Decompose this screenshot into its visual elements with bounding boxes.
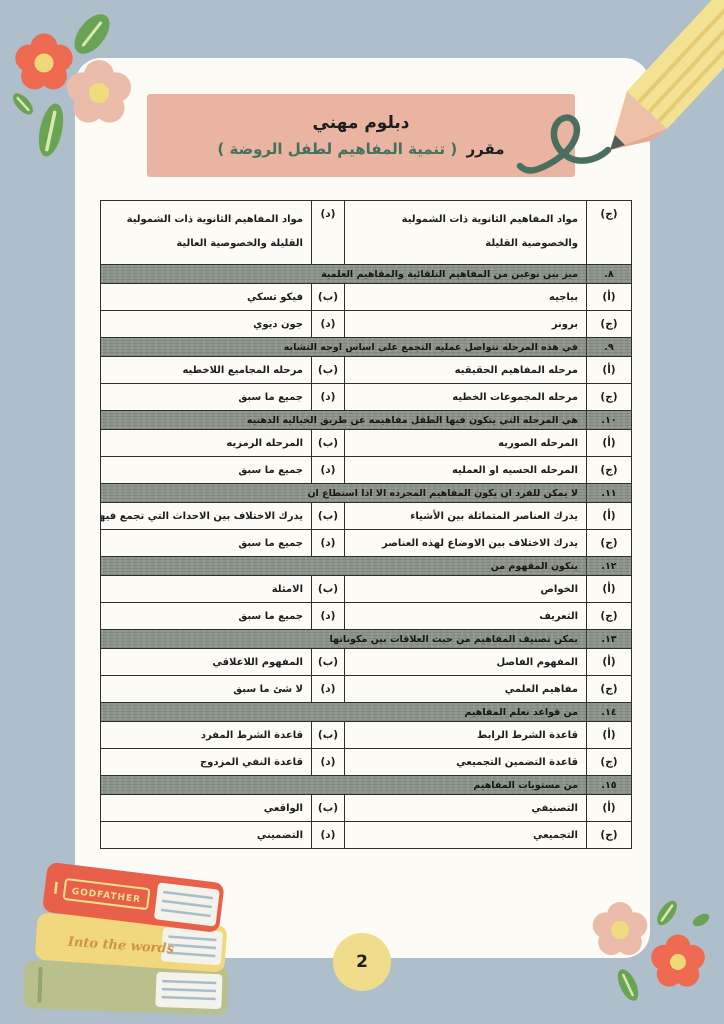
table-row: (ج) برونر (د) جون ديوي	[101, 310, 631, 337]
question-text: من مستويات المفاهيم	[101, 776, 587, 794]
question-band: ١٢. يتكون المفهوم من	[101, 556, 631, 575]
option-letter: (د)	[312, 822, 345, 848]
option-text: مواد المفاهيم الثانوية ذات الشمولية والخ…	[345, 201, 587, 264]
option-text: جميع ما سبق	[101, 384, 312, 410]
table-row: (أ) مرحله المفاهيم الحقيقيه (ب) مرحله ال…	[101, 356, 631, 383]
red-flower-icon	[15, 34, 72, 90]
books-stack-icon: Into the words GODFATHER	[10, 858, 250, 1018]
pink-flower-icon	[593, 902, 648, 955]
question-band: ١١. لا يمكن للفرد ان يكون المفاهيم المجر…	[101, 483, 631, 502]
option-letter: (ب)	[312, 795, 345, 821]
question-number: ١٢.	[587, 557, 631, 575]
option-letter: (د)	[312, 201, 345, 264]
course-name: ( تنمية المفاهيم لطفل الروضة )	[217, 140, 457, 158]
table-row: (ج) التجميعي (د) التضميني	[101, 821, 631, 848]
option-letter: (ج)	[587, 603, 631, 629]
question-text: ميز بين نوعين من المفاهيم التلقائية والم…	[101, 265, 587, 283]
option-letter: (أ)	[587, 649, 631, 675]
table-row: (أ) بياجيه (ب) فيكو تسكي	[101, 283, 631, 310]
option-letter: (أ)	[587, 722, 631, 748]
option-text: مواد المفاهيم الثانوية ذات الشمولية القل…	[101, 201, 312, 264]
question-text: لا يمكن للفرد ان يكون المفاهيم المجرده ا…	[101, 484, 587, 502]
option-letter: (ج)	[587, 749, 631, 775]
option-text: يدرك الاختلاف بين الاحداث التي تجمع فيها…	[101, 503, 312, 529]
option-text: جميع ما سبق	[101, 530, 312, 556]
option-text: التصنيفي	[345, 795, 587, 821]
table-row: (ج) التعريف (د) جميع ما سبق	[101, 602, 631, 629]
option-letter: (د)	[312, 384, 345, 410]
option-letter: (د)	[312, 530, 345, 556]
option-text: جون ديوي	[101, 311, 312, 337]
question-band: ١٣. يمكن تصنيف المفاهيم من حيث العلاقات …	[101, 629, 631, 648]
pencil-icon	[500, 0, 724, 200]
option-text: قاعدة التضمين التجميعي	[345, 749, 587, 775]
option-text: مرحله المجموعات الخطيه	[345, 384, 587, 410]
option-letter: (د)	[312, 676, 345, 702]
option-text: الواقعي	[101, 795, 312, 821]
mcq-table: (ج) مواد المفاهيم الثانوية ذات الشمولية …	[100, 200, 632, 849]
table-row: (أ) يدرك العناصر المتماثلة بين الأشياء (…	[101, 502, 631, 529]
table-row: (ج) مفاهيم العلمي (د) لا شئ ما سبق	[101, 675, 631, 702]
option-text: لا شئ ما سبق	[101, 676, 312, 702]
option-letter: (ب)	[312, 284, 345, 310]
option-text: المرحله الرمزيه	[101, 430, 312, 456]
option-letter: (د)	[312, 603, 345, 629]
option-text: جميع ما سبق	[101, 603, 312, 629]
question-text: يتكون المفهوم من	[101, 557, 587, 575]
option-text: مرحله المفاهيم الحقيقيه	[345, 357, 587, 383]
question-number: ١٣.	[587, 630, 631, 648]
option-letter: (ب)	[312, 722, 345, 748]
table-row: (أ) المفهوم الفاصل (ب) المفهوم اللاعلاقي	[101, 648, 631, 675]
table-row: (أ) قاعدة الشرط الرابط (ب) قاعدة الشرط ا…	[101, 721, 631, 748]
option-text: المفهوم اللاعلاقي	[101, 649, 312, 675]
question-text: في هذه المرحله تتواصل عمليه التجمع على ا…	[101, 338, 587, 356]
question-band: ٨. ميز بين نوعين من المفاهيم التلقائية و…	[101, 264, 631, 283]
option-text: المفهوم الفاصل	[345, 649, 587, 675]
option-letter: (أ)	[587, 430, 631, 456]
table-row: (أ) التصنيفي (ب) الواقعي	[101, 794, 631, 821]
option-text: مرحله المجاميع اللاخطيه	[101, 357, 312, 383]
option-text: قاعدة الشرط الرابط	[345, 722, 587, 748]
question-number: ١١.	[587, 484, 631, 502]
course-line: مقرر ( تنمية المفاهيم لطفل الروضة )	[217, 140, 504, 158]
table-row: (ج) يدرك الاختلاف بين الاوضاع لهذه العنا…	[101, 529, 631, 556]
option-text: يدرك العناصر المتماثلة بين الأشياء	[345, 503, 587, 529]
question-text: من قواعد تعلم المفاهيم	[101, 703, 587, 721]
option-text: المرحله الحسيه او العمليه	[345, 457, 587, 483]
option-letter: (أ)	[587, 576, 631, 602]
diploma-title: دبلوم مهني	[313, 113, 410, 133]
question-text: هي المرحله التي يتكون فيها الطفل مفاهيمه…	[101, 411, 587, 429]
page-number-badge: 2	[333, 933, 391, 991]
table-row: (ج) قاعدة التضمين التجميعي (د) قاعدة الن…	[101, 748, 631, 775]
option-letter: (ب)	[312, 649, 345, 675]
option-text: التضميني	[101, 822, 312, 848]
option-letter: (أ)	[587, 357, 631, 383]
question-number: ١٠.	[587, 411, 631, 429]
table-row: (ج) مواد المفاهيم الثانوية ذات الشمولية …	[101, 201, 631, 264]
option-text: مفاهيم العلمي	[345, 676, 587, 702]
option-letter: (أ)	[587, 795, 631, 821]
option-letter: (ج)	[587, 457, 631, 483]
table-row: (ج) المرحله الحسيه او العمليه (د) جميع م…	[101, 456, 631, 483]
table-row: (ج) مرحله المجموعات الخطيه (د) جميع ما س…	[101, 383, 631, 410]
question-band: ١٠. هي المرحله التي يتكون فيها الطفل مفا…	[101, 410, 631, 429]
question-band: ١٤. من قواعد تعلم المفاهيم	[101, 702, 631, 721]
option-letter: (ج)	[587, 384, 631, 410]
question-text: يمكن تصنيف المفاهيم من حيث العلاقات بين …	[101, 630, 587, 648]
option-letter: (ج)	[587, 822, 631, 848]
option-text: قاعدة النفي المزدوج	[101, 749, 312, 775]
flowers-bottom-right-icon	[588, 883, 724, 1018]
option-text: المرحله الصوريه	[345, 430, 587, 456]
option-text: فيكو تسكي	[101, 284, 312, 310]
question-number: ٩.	[587, 338, 631, 356]
table-row: (أ) الخواص (ب) الامثلة	[101, 575, 631, 602]
squiggle-icon	[520, 118, 608, 171]
question-number: ١٥.	[587, 776, 631, 794]
question-number: ١٤.	[587, 703, 631, 721]
option-letter: (ج)	[587, 311, 631, 337]
option-letter: (ب)	[312, 503, 345, 529]
page-number: 2	[356, 952, 368, 972]
option-text: قاعدة الشرط المفرد	[101, 722, 312, 748]
option-letter: (ب)	[312, 357, 345, 383]
option-text: التجميعي	[345, 822, 587, 848]
option-letter: (د)	[312, 749, 345, 775]
option-text: يدرك الاختلاف بين الاوضاع لهذه العناصر	[345, 530, 587, 556]
pink-flower-icon	[67, 60, 131, 123]
option-letter: (ب)	[312, 576, 345, 602]
option-letter: (أ)	[587, 284, 631, 310]
option-letter: (د)	[312, 457, 345, 483]
option-text: الامثلة	[101, 576, 312, 602]
flowers-top-left-icon	[0, 0, 150, 175]
option-text: برونر	[345, 311, 587, 337]
option-text: بياجيه	[345, 284, 587, 310]
option-text: جميع ما سبق	[101, 457, 312, 483]
question-band: ١٥. من مستويات المفاهيم	[101, 775, 631, 794]
option-letter: (ج)	[587, 676, 631, 702]
option-letter: (أ)	[587, 503, 631, 529]
option-text: التعريف	[345, 603, 587, 629]
option-letter: (ج)	[587, 530, 631, 556]
option-letter: (ب)	[312, 430, 345, 456]
option-text: الخواص	[345, 576, 587, 602]
scanned-exam-page: دبلوم مهني مقرر ( تنمية المفاهيم لطفل ال…	[0, 0, 724, 1024]
red-flower-icon	[651, 935, 705, 987]
question-band: ٩. في هذه المرحله تتواصل عمليه التجمع عل…	[101, 337, 631, 356]
course-label: مقرر	[467, 140, 505, 158]
option-letter: (ج)	[587, 201, 631, 264]
table-row: (أ) المرحله الصوريه (ب) المرحله الرمزيه	[101, 429, 631, 456]
option-letter: (د)	[312, 311, 345, 337]
question-number: ٨.	[587, 265, 631, 283]
